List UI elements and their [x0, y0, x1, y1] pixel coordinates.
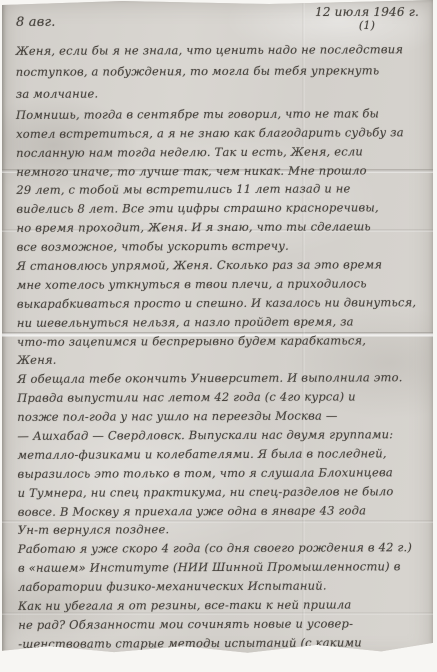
letter-line: Ун-т вернулся позднее. [18, 522, 424, 543]
corner-note: 8 авг. [16, 15, 56, 30]
letter-line: в «нашем» Институте (НИИ Шинной Промышле… [18, 559, 424, 580]
letter-line: мне хотелось уткнуться в твои плечи, а п… [17, 276, 423, 297]
letter-line: Правда выпустили нас летом 42 года (с 4г… [17, 389, 423, 410]
letter-line: — Ашхабад — Свердловск. Выпускали нас дв… [17, 427, 423, 448]
letter-line: вовсе. В Москву я приехала уже одна в ян… [18, 503, 424, 524]
letter-line: металло-физиками и колебателями. Я была … [17, 446, 423, 467]
letter-line: Помнишь, тогда в сентябре ты говорил, чт… [16, 106, 422, 127]
letter-line: хотел встретиться, а я не знаю как благо… [16, 125, 422, 146]
letter-line: Женя, если бы я не знала, что ценить над… [16, 42, 422, 65]
letter-line: Я становлюсь упрямой, Женя. Сколько раз … [17, 257, 423, 278]
letter-line: Женя. [17, 352, 423, 373]
letter-line: поступков, а побуждения, то могла бы теб… [16, 63, 422, 86]
letter-line: выразилось это только в том, что я слуша… [18, 465, 424, 486]
letter-line: лаборатории физико-механических Испытани… [18, 578, 424, 599]
letter-line: все возможное, чтобы ускорить встречу. [17, 238, 423, 259]
letter-line: выкарабкиваться просто и спешно. И казал… [17, 295, 423, 316]
letter-page: 8 авг. 12 июля 1946 г. (1) Женя, если бы… [2, 0, 433, 660]
letter-line: -шенствовать старые методы испытаний (с … [18, 635, 424, 656]
page-number: (1) [315, 19, 419, 32]
date-block: 12 июля 1946 г. (1) [315, 5, 419, 32]
letter-line: но время проходит, Женя. И я знаю, что т… [16, 219, 422, 240]
letter-line: что-то зацепимся и беспрерывно будем кар… [17, 333, 423, 354]
letter-line: посланную нам тогда неделю. Так и есть, … [16, 144, 422, 165]
letter-body: Женя, если бы я не знала, что ценить над… [16, 42, 425, 655]
letter-line: Я обещала тебе окончить Университет. И в… [17, 370, 423, 391]
letter-line: ни шевельнуться нельзя, а назло пройдет … [17, 314, 423, 335]
letter-line: и Тумнера, ни спец практикума, ни спец-р… [18, 484, 424, 505]
letter-line: Как ни убегала я от резины, все-таки к н… [18, 597, 424, 618]
letter-date: 12 июля 1946 г. [315, 5, 419, 19]
letter-line: за молчание. [16, 85, 422, 108]
letter-line: не рад? Обязанности мои сочинять новые и… [18, 616, 424, 637]
letter-photo: 8 авг. 12 июля 1946 г. (1) Женя, если бы… [0, 0, 437, 672]
letter-line: 29 лет, с тобой мы встретились 11 лет на… [16, 182, 422, 203]
letter-line: виделись 8 лет. Все эти цифры страшно кр… [16, 200, 422, 221]
letter-line: Работаю я уже скоро 4 года (со дня своег… [18, 540, 424, 561]
letter-line: немного иначе, то лучше так, чем никак. … [16, 163, 422, 184]
letter-line: позже пол-года у нас ушло на переезды Мо… [17, 408, 423, 429]
